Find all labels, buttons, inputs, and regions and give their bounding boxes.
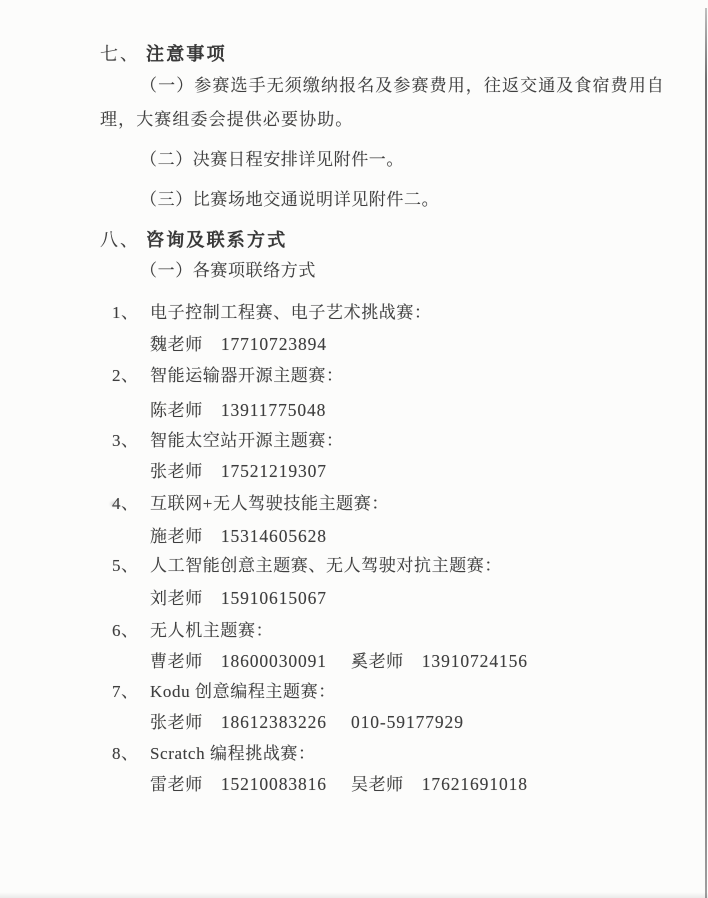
phone-number: 010-59177929	[351, 712, 464, 732]
scanned-document-page: 七、注意事项 （一）参赛选手无须缴纳报名及参赛费用，往返交通及食宿费用自 理，大…	[0, 0, 708, 898]
contact-subtitle: （一）各赛项联络方式	[140, 261, 316, 281]
notes-para2: （二）决赛日程安排详见附件一。	[140, 150, 404, 170]
contact-event-line: 7、Kodu 创意编程主题赛：	[112, 682, 336, 702]
phone-number: 15910615067	[221, 588, 327, 608]
item-number: 5、	[112, 556, 150, 576]
contact-event-line: 2、智能运输器开源主题赛：	[112, 366, 344, 386]
phone-number: 17521219307	[221, 461, 327, 481]
contact-person-line: 刘老师15910615067	[150, 588, 327, 609]
section-8-heading: 八、咨询及联系方式	[100, 230, 287, 252]
phone-number: 13911775048	[221, 400, 327, 420]
notes-para1-line1: （一）参赛选手无须缴纳报名及参赛费用，往返交通及食宿费用自	[140, 76, 665, 96]
contact-event-line: 8、Scratch 编程挑战赛：	[112, 744, 316, 764]
phone-number: 18600030091	[221, 651, 327, 671]
teacher-name: 魏老师	[150, 335, 203, 354]
teacher-name: 张老师	[150, 462, 203, 481]
section-7-heading: 七、注意事项	[100, 44, 227, 66]
phone-number: 15210083816	[221, 774, 327, 794]
contact-person-line: 雷老师15210083816吴老师17621691018	[150, 774, 528, 795]
contact-event-line: 1、电子控制工程赛、电子艺术挑战赛：	[112, 303, 432, 323]
contact-event-line: 6、无人机主题赛：	[112, 621, 273, 641]
contact-person-line: 陈老师13911775048	[150, 400, 326, 421]
section-8-title: 咨询及联系方式	[146, 230, 287, 250]
scan-edge-bottom	[0, 892, 708, 898]
teacher-name: 施老师	[150, 527, 203, 546]
phone-number: 13910724156	[422, 651, 528, 671]
phone-number: 17710723894	[221, 334, 327, 354]
item-number: 3、	[112, 431, 150, 451]
phone-number: 18612383226	[221, 712, 327, 732]
teacher-name: 雷老师	[150, 775, 203, 794]
contact-person-line: 魏老师17710723894	[150, 334, 327, 355]
section-8-number: 八、	[100, 230, 140, 250]
contact-event-line: 4、互联网+无人驾驶技能主题赛：	[112, 494, 389, 514]
contact-person-line: 张老师18612383226010-59177929	[150, 712, 464, 733]
notes-para1-line2: 理，大赛组委会提供必要协助。	[100, 110, 353, 130]
event-name: Kodu 创意编程主题赛：	[150, 682, 336, 701]
scan-edge-right	[705, 8, 707, 898]
contact-person-line: 张老师17521219307	[150, 461, 327, 482]
teacher-name: 刘老师	[150, 589, 203, 608]
section-7-title: 注意事项	[146, 44, 227, 64]
teacher-name: 张老师	[150, 713, 203, 732]
teacher-name: 吴老师	[351, 775, 404, 794]
event-name: 互联网+无人驾驶技能主题赛：	[150, 494, 389, 513]
section-7-number: 七、	[100, 44, 140, 64]
teacher-name: 曹老师	[150, 652, 203, 671]
contact-person-line: 曹老师18600030091奚老师13910724156	[150, 651, 528, 672]
teacher-name: 陈老师	[150, 401, 203, 420]
event-name: 智能运输器开源主题赛：	[150, 366, 344, 385]
scan-smudge-artifact	[110, 501, 119, 507]
phone-number: 17621691018	[422, 774, 528, 794]
item-number: 6、	[112, 621, 150, 641]
notes-para3: （三）比赛场地交通说明详见附件二。	[140, 190, 439, 210]
contact-event-line: 3、智能太空站开源主题赛：	[112, 431, 344, 451]
contact-event-line: 5、人工智能创意主题赛、无人驾驶对抗主题赛：	[112, 556, 502, 576]
item-number: 2、	[112, 366, 150, 386]
event-name: 人工智能创意主题赛、无人驾驶对抗主题赛：	[150, 556, 502, 575]
phone-number: 15314605628	[221, 526, 327, 546]
item-number: 7、	[112, 682, 150, 702]
event-name: 无人机主题赛：	[150, 621, 273, 640]
event-name: Scratch 编程挑战赛：	[150, 744, 316, 763]
event-name: 电子控制工程赛、电子艺术挑战赛：	[150, 303, 432, 322]
event-name: 智能太空站开源主题赛：	[150, 431, 344, 450]
item-number: 8、	[112, 744, 150, 764]
item-number: 1、	[112, 303, 150, 323]
teacher-name: 奚老师	[351, 652, 404, 671]
contact-person-line: 施老师15314605628	[150, 526, 327, 547]
